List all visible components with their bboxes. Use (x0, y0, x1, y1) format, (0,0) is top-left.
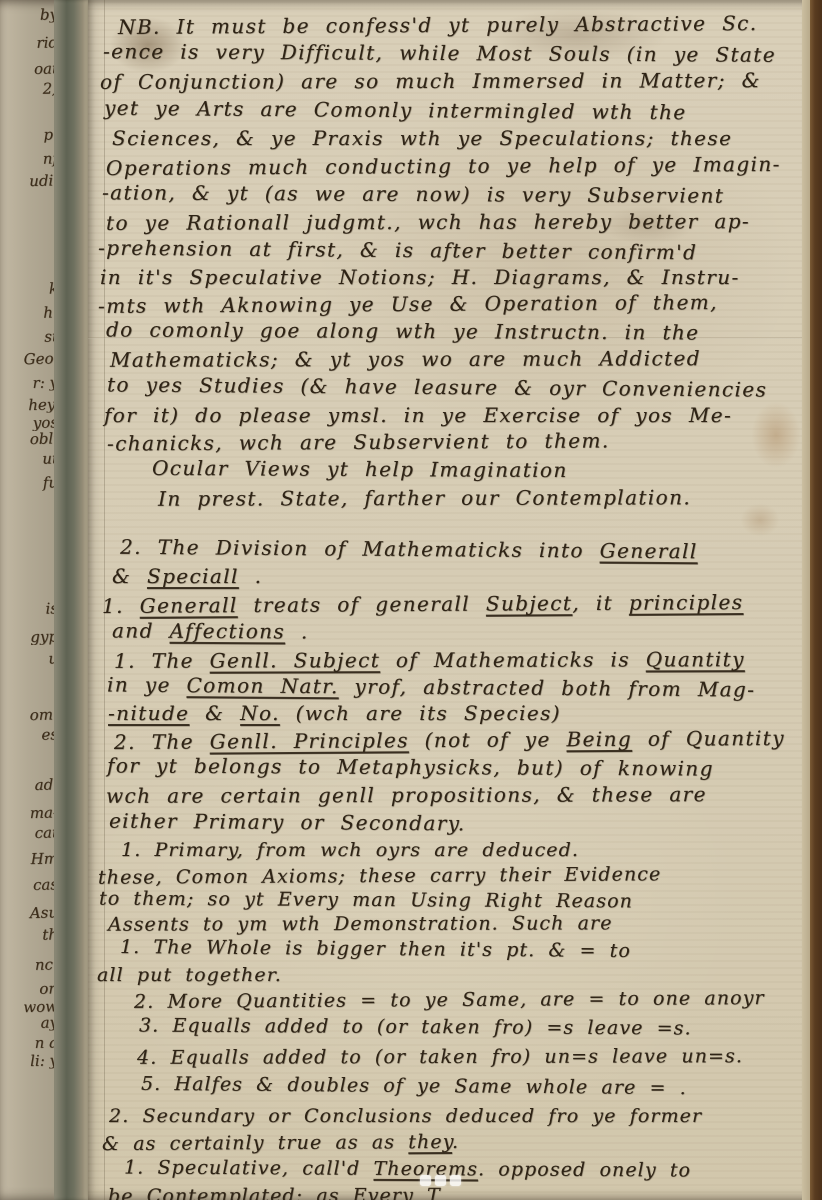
text-segment: all put together. (97, 964, 282, 986)
manuscript-line: all put together. (97, 964, 282, 986)
manuscript-line: In prest. State, farther our Contemplati… (158, 486, 691, 509)
manuscript-line: 5. Halfes & doubles of ye Same whole are… (141, 1073, 687, 1099)
text-segment: In prest. State, farther our Contemplati… (158, 485, 691, 510)
text-segment: 1. The Whole is bigger then it's pt. & =… (120, 936, 631, 962)
text-segment: for it) do please ymsl. in ye Exercise o… (104, 403, 732, 427)
text-segment: in ye (107, 672, 187, 697)
manuscript-line: Ocular Views yt help Imagination (152, 457, 568, 481)
manuscript-line: 2. Secundary or Conclusions deduced fro … (109, 1105, 702, 1127)
text-segment: . (452, 1131, 459, 1153)
manuscript-line: NB. It must be confess'd yt purely Abstr… (118, 12, 758, 38)
manuscript-scan: byridoat2)p:nfudi.kh:stGeo.r: yhey.yosob… (0, 0, 822, 1200)
ellipsis-dots-icon[interactable] (420, 1175, 461, 1186)
text-segment: treats of generall (238, 592, 486, 618)
text-segment: yet ye Arts are Comonly intermingled wth… (104, 96, 687, 125)
text-segment: Generall (600, 538, 698, 563)
manuscript-line: 1. Speculative, call'd Theorems. opposed… (124, 1157, 691, 1182)
text-segment: of Conjunction) are so much Immersed in … (100, 68, 761, 94)
text-segment: Being (566, 727, 632, 751)
text-segment: -mts wth Aknowing ye Use & Operation of … (98, 290, 718, 318)
text-segment: of Quantity (632, 726, 785, 751)
manuscript-line: be Contemplated: as Every T (108, 1185, 441, 1200)
manuscript-line: Sciences, & ye Praxis wth ye Speculation… (112, 127, 732, 149)
text-segment: (not of ye (409, 727, 567, 752)
text-segment: -ence is very Difficult, while Most Soul… (103, 39, 776, 67)
manuscript-line: -chanicks, wch are Subservient to them. (107, 429, 610, 454)
text-segment: for yt belongs to Metaphysicks, but) of … (107, 753, 714, 780)
manuscript-line: yet ye Arts are Comonly intermingled wth… (104, 97, 687, 124)
manuscript-line: wch are certain genll propositions, & th… (106, 783, 707, 807)
text-segment: 2. The (114, 729, 210, 754)
text-segment: . opposed onely to (478, 1158, 691, 1181)
text-segment: & (189, 701, 240, 725)
text-segment: Generall (140, 593, 238, 618)
ellipsis-dot (420, 1175, 431, 1186)
manuscript-line: 2. The Genll. Principles (not of ye Bein… (114, 727, 785, 753)
text-segment: 2. Secundary or Conclusions deduced fro … (109, 1105, 702, 1127)
text-segment: -ation, & yt (as we are now) is very Sub… (102, 180, 724, 207)
text-segment: in it's Speculative Notions; H. Diagrams… (100, 265, 740, 289)
text-segment: -prehension at first, & is after better … (98, 236, 697, 265)
text-segment: Speciall (147, 564, 239, 588)
text-segment: (wch are its Species) (280, 701, 561, 725)
text-segment: Genll. Principles (210, 728, 409, 753)
manuscript-line: -prehension at first, & is after better … (98, 237, 697, 264)
manuscript-line: to yes Studies (& have leasure & oyr Con… (107, 373, 767, 400)
text-segment: Operations much conducting to ye help of… (106, 152, 781, 180)
manuscript-line: & Speciall . (112, 565, 262, 587)
text-segment: wch are certain genll propositions, & th… (106, 782, 707, 808)
ellipsis-dot (450, 1175, 461, 1186)
text-segment: Ocular Views yt help Imagination (152, 456, 568, 482)
text-segment: 1. Primary, from wch oyrs are deduced. (121, 839, 579, 861)
text-segment: of Mathematicks is (380, 647, 646, 672)
manuscript-line: these, Comon Axioms; these carry their E… (98, 863, 661, 888)
text-segment: Subject (486, 591, 573, 616)
text-segment: Assents to ym wth Demonstration. Such ar… (108, 912, 613, 935)
manuscript-line: -ation, & yt (as we are now) is very Sub… (102, 181, 724, 206)
manuscript-line: 2. The Division of Mathematicks into Gen… (120, 536, 698, 563)
manuscript-line: Mathematicks; & yt yos wo are much Addic… (110, 347, 701, 371)
text-segment: & (112, 564, 147, 588)
text-segment: 2. The Division of Mathematicks into (120, 535, 600, 563)
text-segment: Affections (170, 619, 286, 644)
text-segment: principles (629, 590, 744, 615)
text-segment: do comonly goe along wth ye Instructn. i… (106, 317, 700, 344)
manuscript-line: in it's Speculative Notions; H. Diagrams… (100, 266, 740, 288)
text-segment: -chanicks, wch are Subservient to them. (107, 428, 610, 455)
manuscript-line: 1. The Whole is bigger then it's pt. & =… (120, 936, 631, 962)
text-segment: 1. (102, 594, 140, 618)
ellipsis-dot (435, 1175, 446, 1186)
text-segment: either Primary or Secondary. (109, 809, 466, 836)
text-segment: NB. It must be confess'd yt purely Abstr… (118, 11, 758, 39)
manuscript-line: for it) do please ymsl. in ye Exercise o… (104, 404, 732, 426)
manuscript-line: do comonly goe along wth ye Instructn. i… (106, 318, 700, 343)
manuscript-line: to ye Rationall judgmt., wch has hereby … (106, 210, 750, 234)
text-segment: . (239, 564, 263, 588)
text-segment: No. (240, 701, 280, 725)
manuscript-line: -ence is very Difficult, while Most Soul… (103, 40, 776, 66)
text-segment: , it (572, 591, 629, 615)
manuscript-line: 2. More Quantities = to ye Same, are = t… (134, 987, 765, 1013)
text-segment: to ye Rationall judgmt., wch has hereby … (106, 209, 750, 235)
text-segment: 3. Equalls added to (or taken fro) =s le… (139, 1015, 692, 1040)
manuscript-line: 4. Equalls added to (or taken fro) un=s … (137, 1045, 743, 1069)
text-segment: Comon Natr. (186, 673, 338, 698)
manuscript-line: to them; so yt Every man Using Right Rea… (99, 888, 633, 913)
manuscript-line: Assents to ym wth Demonstration. Such ar… (108, 912, 613, 935)
text-segment: they (408, 1131, 452, 1153)
manuscript-line: -nitude & No. (wch are its Species) (108, 702, 561, 724)
text-segment: to them; so yt Every man Using Right Rea… (99, 888, 633, 913)
text-segment: 2. More Quantities = to ye Same, are = t… (134, 987, 765, 1013)
text-segment: be Contemplated: as Every T (108, 1185, 441, 1200)
text-segment: yrof, abstracted both from Mag- (339, 674, 756, 701)
manuscript-line: & as certainly true as as they. (102, 1131, 459, 1155)
manuscript-line: Operations much conducting to ye help of… (106, 153, 781, 179)
text-segment: . (285, 619, 309, 643)
manuscript-line: in ye Comon Natr. yrof, abstracted both … (107, 673, 755, 700)
manuscript-line: 1. Generall treats of generall Subject, … (102, 591, 743, 617)
text-segment: Quantity (646, 647, 745, 671)
text-segment: Sciences, & ye Praxis wth ye Speculation… (112, 126, 732, 150)
manuscript-line: -mts wth Aknowing ye Use & Operation of … (98, 291, 718, 317)
manuscript-line: for yt belongs to Metaphysicks, but) of … (107, 754, 714, 779)
text-segment: Genll. Subject (210, 648, 381, 672)
text-segment: and (112, 618, 170, 642)
manuscript-line: of Conjunction) are so much Immersed in … (100, 69, 761, 93)
text-segment: 5. Halfes & doubles of ye Same whole are… (141, 1073, 687, 1099)
manuscript-line: either Primary or Secondary. (109, 810, 466, 835)
manuscript-line: 3. Equalls added to (or taken fro) =s le… (139, 1015, 692, 1040)
manuscript-line: 1. Primary, from wch oyrs are deduced. (121, 839, 579, 861)
text-segment: Mathematicks; & yt yos wo are much Addic… (110, 346, 701, 372)
text-segment: 1. Speculative, call'd (124, 1157, 374, 1180)
text-segment: to yes Studies (& have leasure & oyr Con… (107, 372, 767, 401)
text-segment: -nitude (108, 701, 189, 725)
manuscript-text: NB. It must be confess'd yt purely Abstr… (0, 0, 822, 1200)
text-segment: & as certainly true as as (102, 1131, 408, 1155)
manuscript-line: 1. The Genll. Subject of Mathematicks is… (114, 648, 745, 672)
text-segment: 4. Equalls added to (or taken fro) un=s … (137, 1045, 743, 1069)
text-segment: these, Comon Axioms; these carry their E… (98, 863, 661, 888)
text-segment: 1. The (114, 649, 210, 673)
manuscript-line: and Affections . (112, 619, 309, 642)
